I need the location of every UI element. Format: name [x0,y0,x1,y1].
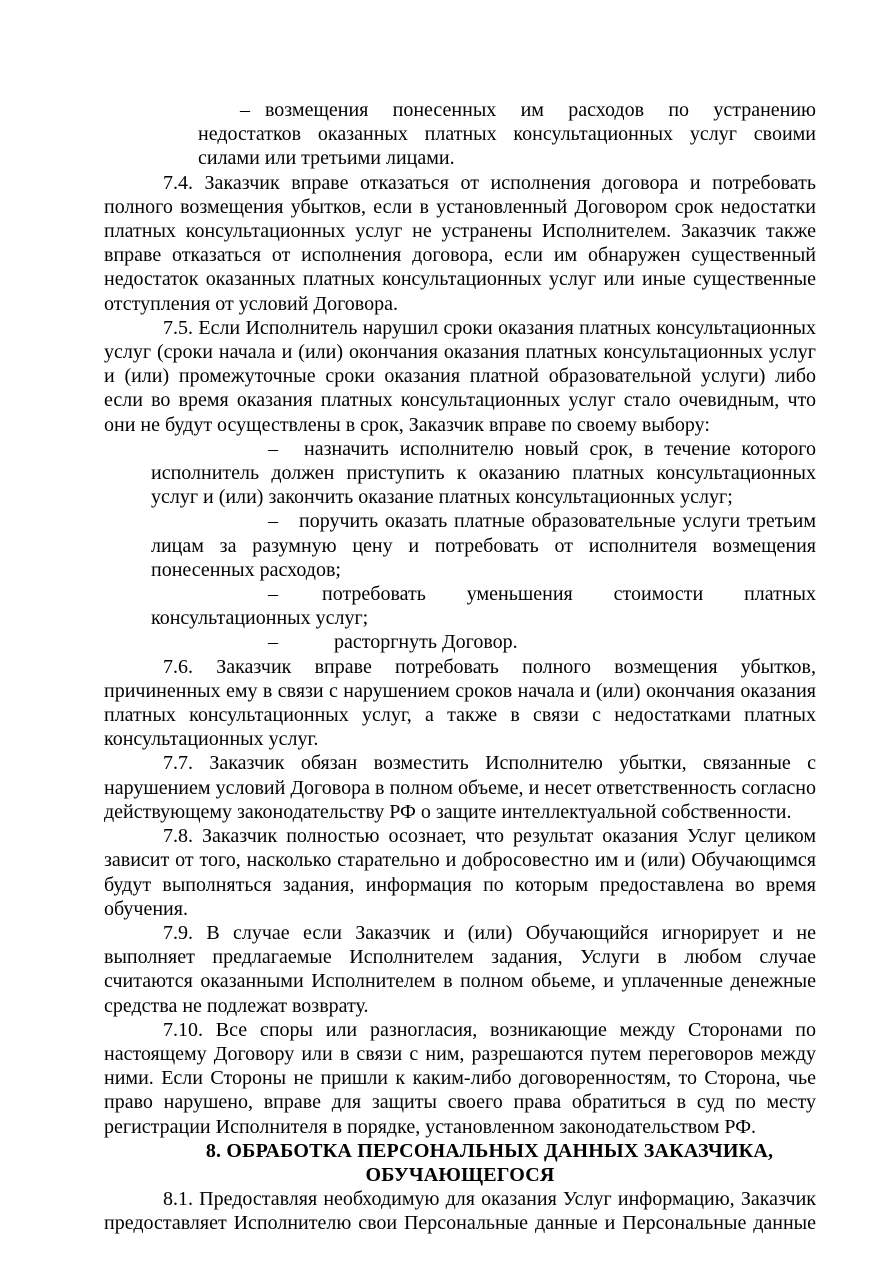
list-item-top: –возмещения понесенных им расходов по ус… [104,98,816,171]
list-item-text: назначить исполнителю новый срок, в тече… [151,438,816,508]
clause-7-4: 7.4. Заказчик вправе отказаться от испол… [104,171,816,316]
clause-7-5: 7.5. Если Исполнитель нарушил сроки оказ… [104,316,816,437]
list-gap [278,599,322,600]
clause-7-9: 7.9. В случае если Заказчик и (или) Обуч… [104,921,816,1018]
section-8-heading: 8. ОБРАБОТКА ПЕРСОНАЛЬНЫХ ДАННЫХ ЗАКАЗЧИ… [104,1139,816,1187]
document-content: –возмещения понесенных им расходов по ус… [104,98,816,1236]
dash-marker: – [240,99,250,121]
list-gap [278,454,304,455]
clause-8-1: 8.1. Предоставляя необходимую для оказан… [104,1187,816,1235]
clause-7-10: 7.10. Все споры или разногласия, возника… [104,1018,816,1139]
list-item-option-2: –поручить оказать платные образовательны… [104,509,816,582]
list-gap [278,526,299,527]
list-item-option-1: –назначить исполнителю новый срок, в теч… [104,437,816,510]
clause-7-6: 7.6. Заказчик вправе потребовать полного… [104,655,816,752]
list-item-text: расторгнуть Договор. [334,631,518,653]
list-gap [250,115,265,116]
clause-7-7: 7.7. Заказчик обязан возместить Исполнит… [104,751,816,824]
dash-marker: – [268,510,278,532]
dash-marker: – [268,583,278,605]
document-page: –возмещения понесенных им расходов по ус… [0,0,894,1264]
list-gap [278,647,334,648]
list-item-option-3: –потребовать уменьшения стоимости платны… [104,582,816,630]
dash-marker: – [268,631,278,653]
dash-marker: – [268,438,278,460]
list-item-text: возмещения понесенных им расходов по уст… [198,99,816,169]
list-item-text: потребовать уменьшения стоимости платных… [151,583,816,629]
list-item-text: поручить оказать платные образовательные… [151,510,816,580]
clause-7-8: 7.8. Заказчик полностью осознает, что ре… [104,824,816,921]
list-item-option-4: –расторгнуть Договор. [104,630,816,654]
